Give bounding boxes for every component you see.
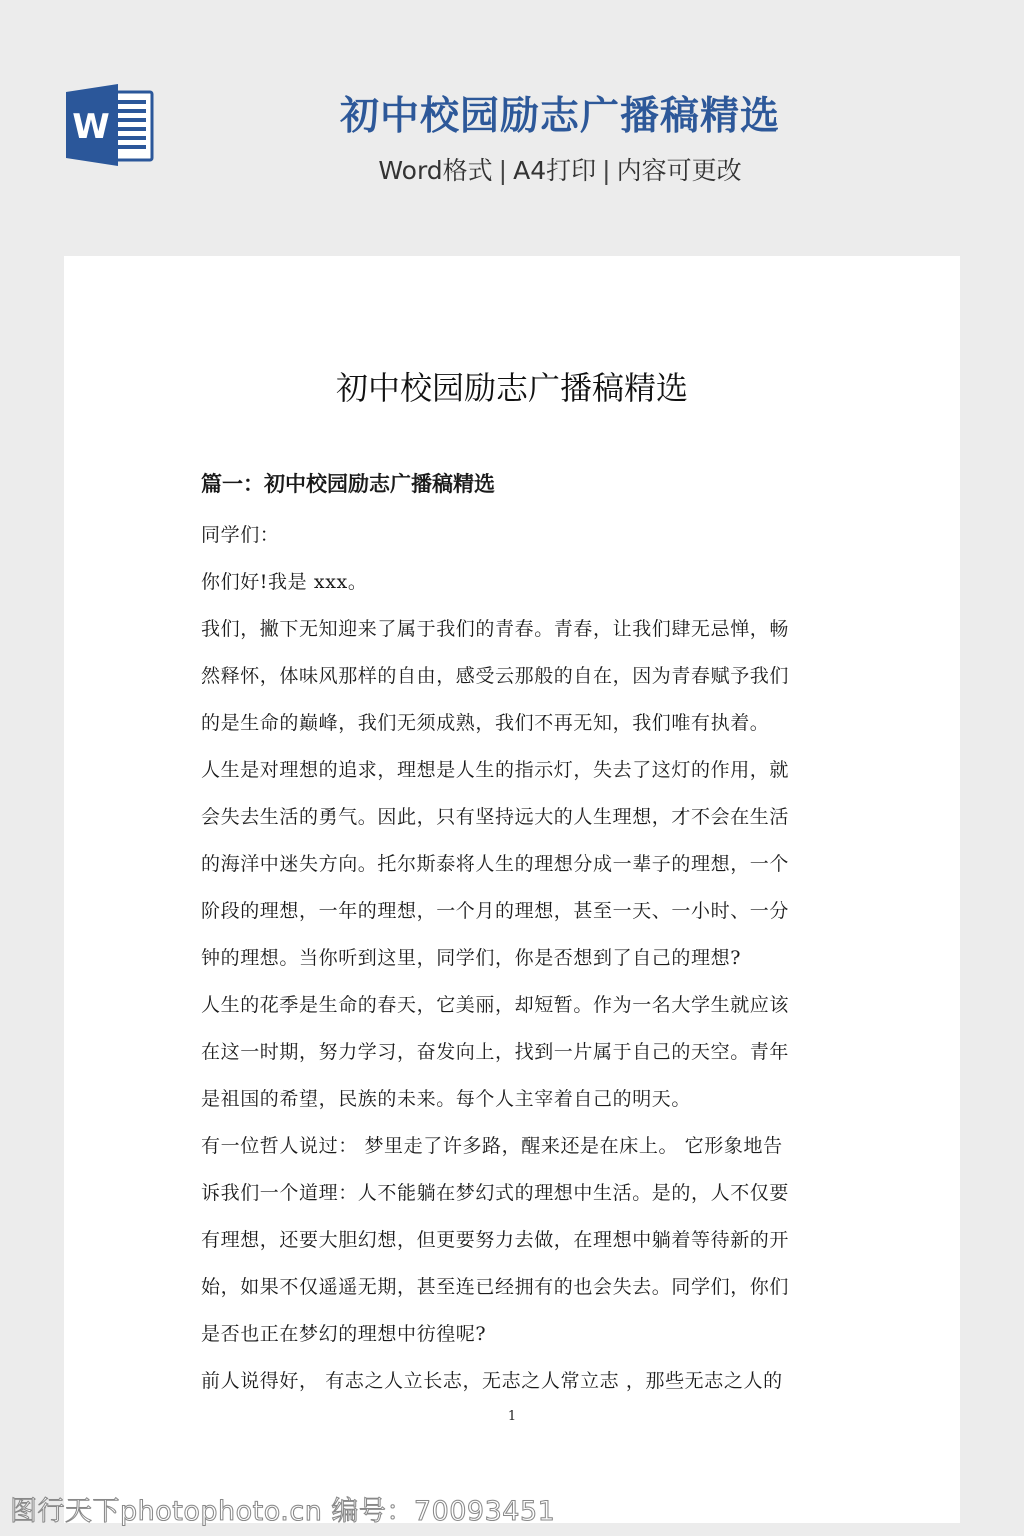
document-body: 篇一：初中校园励志广播稿精选 同学们： 你们好!我是 xxx。 我们，撇下无知迎… [201,466,831,1405]
svg-text:W: W [72,107,110,147]
text-line: 会失去生活的勇气。因此，只有坚持远大的人生理想，才不会在生活 [201,794,831,841]
banner-subtitle: Word格式|A4打印|内容可更改 [300,152,820,190]
header-banner: W 初中校园励志广播稿精选 Word格式|A4打印|内容可更改 [0,0,1024,256]
page-number: 1 [64,1409,960,1424]
text-line: 你们好!我是 xxx。 [201,559,831,606]
text-line: 然释怀，体味风那样的自由，感受云那般的自在，因为青春赋予我们 [201,653,831,700]
paragraph-ambition: 前人说得好， 有志之人立长志，无志之人常立志 ，那些无志之人的 [201,1358,831,1405]
subtitle-editable: 内容可更改 [617,156,742,185]
paragraph-greeting: 同学们： [201,512,831,559]
paragraph-intro: 你们好!我是 xxx。 [201,559,831,606]
text-line: 人生的花季是生命的春天，它美丽，却短暂。作为一名大学生就应该 [201,982,831,1029]
text-line: 有一位哲人说过： 梦里走了许多路，醒来还是在床上。 它形象地告 [201,1123,831,1170]
text-line: 我们，撇下无知迎来了属于我们的青春。青春，让我们肆无忌惮，畅 [201,606,831,653]
text-line: 的海洋中迷失方向。托尔斯泰将人生的理想分成一辈子的理想，一个 [201,841,831,888]
text-line: 阶段的理想，一年的理想，一个月的理想，甚至一天、一小时、一分 [201,888,831,935]
text-line: 钟的理想。当你听到这里，同学们，你是否想到了自己的理想? [201,935,831,982]
text-line: 是否也正在梦幻的理想中彷徨呢? [201,1311,831,1358]
subtitle-format: Word格式 [378,156,492,185]
text-line: 同学们： [201,512,831,559]
paragraph-philosopher: 有一位哲人说过： 梦里走了许多路，醒来还是在床上。 它形象地告 诉我们一个道理：… [201,1123,831,1358]
subtitle-separator: | [602,152,610,190]
watermark: 图行天下photophoto.cn 编号：70093451 [10,1489,555,1528]
text-line: 在这一时期，努力学习，奋发向上，找到一片属于自己的天空。青年 [201,1029,831,1076]
subtitle-separator: | [499,152,507,190]
subtitle-print: A4打印 [513,156,596,185]
text-line: 前人说得好， 有志之人立长志，无志之人常立志 ，那些无志之人的 [201,1358,831,1405]
text-line: 的是生命的巅峰，我们无须成熟，我们不再无知，我们唯有执着。 [201,700,831,747]
text-line: 人生是对理想的追求，理想是人生的指示灯，失去了这灯的作用，就 [201,747,831,794]
document-page: 初中校园励志广播稿精选 篇一：初中校园励志广播稿精选 同学们： 你们好!我是 x… [64,256,960,1523]
text-line: 有理想，还要大胆幻想，但更要努力去做，在理想中躺着等待新的开 [201,1217,831,1264]
text-line: 诉我们一个道理：人不能躺在梦幻式的理想中生活。是的，人不仅要 [201,1170,831,1217]
text-line: 始，如果不仅遥遥无期，甚至连已经拥有的也会失去。同学们，你们 [201,1264,831,1311]
paragraph-ideals: 人生是对理想的追求，理想是人生的指示灯，失去了这灯的作用，就 会失去生活的勇气。… [201,747,831,982]
section-heading: 篇一：初中校园励志广播稿精选 [201,466,831,502]
text-line: 是祖国的希望，民族的未来。每个人主宰着自己的明天。 [201,1076,831,1123]
paragraph-season: 人生的花季是生命的春天，它美丽，却短暂。作为一名大学生就应该 在这一时期，努力学… [201,982,831,1123]
document-title: 初中校园励志广播稿精选 [64,366,960,410]
banner-title: 初中校园励志广播稿精选 [300,92,820,142]
paragraph-youth: 我们，撇下无知迎来了属于我们的青春。青春，让我们肆无忌惮，畅 然释怀，体味风那样… [201,606,831,747]
word-document-icon: W [64,82,156,168]
